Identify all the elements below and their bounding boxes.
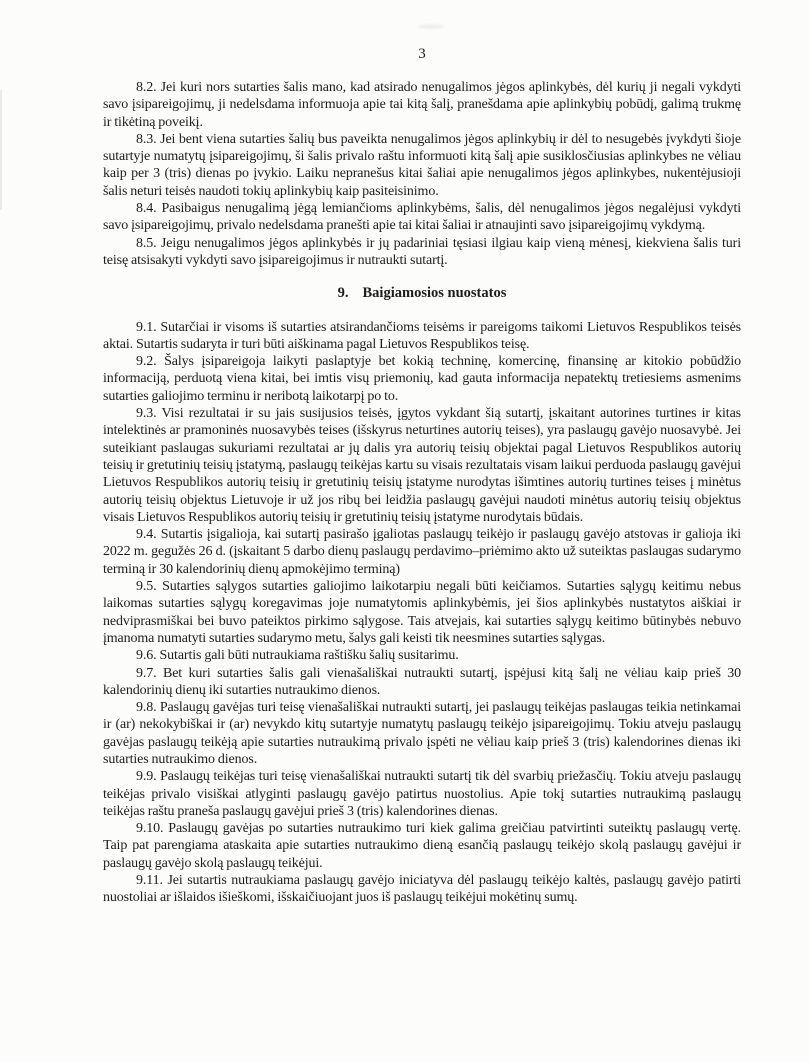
page-number: 3 [103, 46, 741, 63]
clause-8-2: 8.2. Jei kuri nors sutarties šalis mano,… [103, 79, 741, 131]
document-page: 3 8.2. Jei kuri nors sutarties šalis man… [0, 0, 809, 1062]
clause-text: Sutarčiai ir visoms iš sutarties atsiran… [103, 320, 741, 352]
clause-text: Bet kuri sutarties šalis gali vienašališ… [103, 666, 741, 698]
clause-text: Paslaugų teikėjas turi teisę vienašališk… [103, 769, 741, 819]
clause-text: Jei bent viena sutarties šalių bus pavei… [103, 132, 741, 199]
clause-number: 9.8. [136, 700, 157, 715]
clause-9-2: 9.2. Šalys įsipareigoja laikyti paslapty… [103, 353, 741, 405]
section-heading-number: 9. [338, 285, 349, 301]
clause-text: Sutartis įsigalioja, kai sutartį pasiraš… [103, 527, 741, 577]
clause-number: 9.5. [136, 579, 157, 594]
clause-number: 9.2. [136, 354, 157, 369]
clause-9-11: 9.11. Jei sutartis nutraukiama paslaugų … [103, 872, 741, 907]
section-heading-title: Baigiamosios nuostatos [363, 285, 507, 301]
clause-number: 8.3. [136, 132, 157, 147]
clause-text: Pasibaigus nenugalimą jėgą lemiančioms a… [103, 201, 741, 233]
document-content: 3 8.2. Jei kuri nors sutarties šalis man… [103, 46, 741, 907]
clause-8-4: 8.4. Pasibaigus nenugalimą jėgą lemianči… [103, 200, 741, 235]
clause-9-1: 9.1. Sutarčiai ir visoms iš sutarties at… [103, 319, 741, 354]
clause-number: 8.4. [136, 201, 157, 216]
clause-9-10: 9.10. Paslaugų gavėjas po sutarties nutr… [103, 820, 741, 872]
clause-number: 9.6. [136, 648, 157, 663]
clause-text: Sutarties sąlygos sutarties galiojimo la… [103, 579, 741, 646]
scan-artifact-left-edge [0, 90, 2, 210]
clause-number: 9.4. [136, 527, 157, 542]
clause-9-4: 9.4. Sutartis įsigalioja, kai sutartį pa… [103, 526, 741, 578]
clause-9-7: 9.7. Bet kuri sutarties šalis gali viena… [103, 665, 741, 700]
scan-artifact-smudge [418, 24, 444, 29]
clause-text: Jei sutartis nutraukiama paslaugų gavėjo… [103, 873, 741, 905]
clause-8-5: 8.5. Jeigu nenugalimos jėgos aplinkybės … [103, 235, 741, 270]
clause-text: Paslaugų gavėjas po sutarties nutraukimo… [103, 821, 741, 871]
clause-number: 9.7. [136, 666, 157, 681]
section-9-heading: 9.Baigiamosios nuostatos [103, 285, 741, 302]
clause-9-5: 9.5. Sutarties sąlygos sutarties galioji… [103, 578, 741, 647]
clause-9-9: 9.9. Paslaugų teikėjas turi teisę vienaš… [103, 768, 741, 820]
clause-number: 9.10. [136, 821, 163, 836]
clause-number: 9.1. [136, 320, 157, 335]
clause-number: 9.11. [136, 873, 163, 888]
clause-9-8: 9.8. Paslaugų gavėjas turi teisę vienaša… [103, 699, 741, 768]
clause-number: 8.2. [136, 80, 157, 95]
clause-text: Jei kuri nors sutarties šalis mano, kad … [103, 80, 741, 130]
clause-text: Jeigu nenugalimos jėgos aplinkybės ir jų… [103, 236, 741, 268]
clause-number: 8.5. [136, 236, 157, 251]
clause-8-3: 8.3. Jei bent viena sutarties šalių bus … [103, 131, 741, 200]
clause-text: Visi rezultatai ir su jais susijusios te… [103, 406, 741, 525]
clause-9-3: 9.3. Visi rezultatai ir su jais susijusi… [103, 405, 741, 526]
clause-text: Sutartis gali būti nutraukiama raštišku … [160, 648, 459, 663]
clause-9-6: 9.6. Sutartis gali būti nutraukiama rašt… [103, 647, 741, 664]
clause-text: Šalys įsipareigoja laikyti paslaptyje be… [103, 354, 741, 404]
clause-number: 9.9. [136, 769, 157, 784]
clause-number: 9.3. [136, 406, 157, 421]
clause-text: Paslaugų gavėjas turi teisę vienašališka… [103, 700, 741, 767]
